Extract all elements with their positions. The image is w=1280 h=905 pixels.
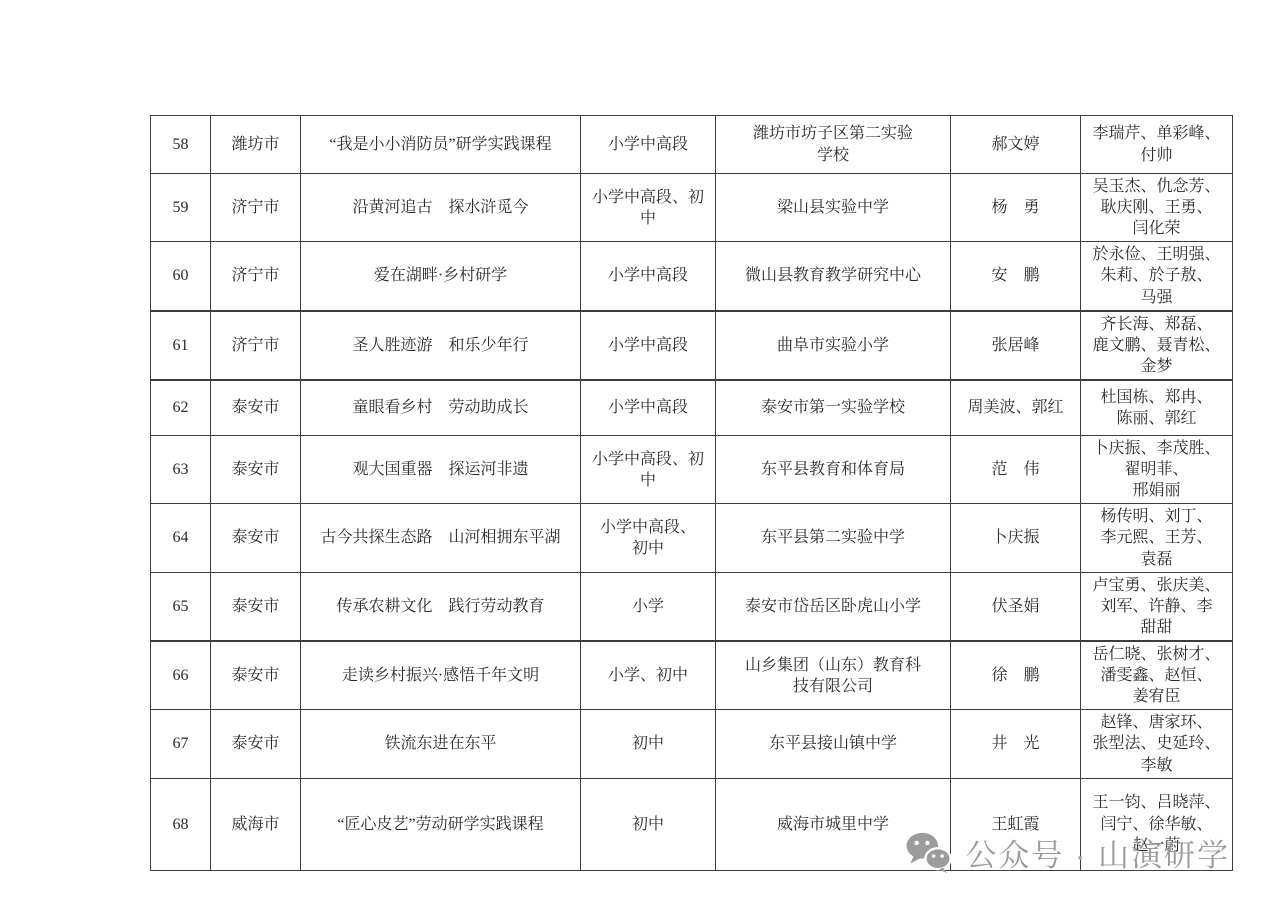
wechat-icon <box>905 831 951 873</box>
leader-cell: 安 鹏 <box>951 242 1081 311</box>
city-cell: 泰安市 <box>211 641 301 710</box>
serial-number-cell: 65 <box>151 572 211 641</box>
table-row: 62 泰安市 童眼看乡村 劳动助成长 小学中高段 泰安市第一实验学校 周美波、郭… <box>151 380 1233 436</box>
leader-cell: 徐 鹏 <box>951 641 1081 710</box>
team-members-cell: 杨传明、刘丁、 李元熙、王芳、 袁磊 <box>1081 504 1233 572</box>
city-cell: 泰安市 <box>211 380 301 436</box>
city-cell: 潍坊市 <box>211 116 301 174</box>
leader-cell: 伏圣娟 <box>951 572 1081 641</box>
serial-number-cell: 68 <box>151 778 211 870</box>
school-cell: 东平县教育和体育局 <box>716 435 951 503</box>
serial-number-cell: 58 <box>151 116 211 174</box>
serial-number-cell: 67 <box>151 710 211 778</box>
team-members-cell: 岳仁晓、张树才、 潘雯鑫、赵恒、 姜宥臣 <box>1081 641 1233 710</box>
city-cell: 济宁市 <box>211 242 301 311</box>
team-members-cell: 赵锋、唐家环、 张型法、史延玲、 李敏 <box>1081 710 1233 778</box>
course-name-cell: “匠心皮艺”劳动研学实践课程 <box>301 778 581 870</box>
grade-level-cell: 小学中高段、初 中 <box>581 435 716 503</box>
leader-cell: 杨 勇 <box>951 174 1081 242</box>
serial-number-cell: 59 <box>151 174 211 242</box>
school-cell: 潍坊市坊子区第二实验 学校 <box>716 116 951 174</box>
leader-cell: 张居峰 <box>951 311 1081 380</box>
serial-number-cell: 63 <box>151 435 211 503</box>
school-cell: 东平县接山镇中学 <box>716 710 951 778</box>
course-name-cell: 观大国重器 探运河非遗 <box>301 435 581 503</box>
scanned-document-page: 58 潍坊市 “我是小小消防员”研学实践课程 小学中高段 潍坊市坊子区第二实验 … <box>0 0 1280 905</box>
course-name-cell: 爱在湖畔·乡村研学 <box>301 242 581 311</box>
city-cell: 泰安市 <box>211 435 301 503</box>
course-name-cell: 圣人胜迹游 和乐少年行 <box>301 311 581 380</box>
course-name-cell: 古今共探生态路 山河相拥东平湖 <box>301 504 581 572</box>
grade-level-cell: 小学 <box>581 572 716 641</box>
school-cell: 曲阜市实验小学 <box>716 311 951 380</box>
city-cell: 济宁市 <box>211 311 301 380</box>
school-cell: 东平县第二实验中学 <box>716 504 951 572</box>
school-cell: 泰安市岱岳区卧虎山小学 <box>716 572 951 641</box>
course-name-cell: “我是小小消防员”研学实践课程 <box>301 116 581 174</box>
course-name-cell: 童眼看乡村 劳动助成长 <box>301 380 581 436</box>
table-row: 58 潍坊市 “我是小小消防员”研学实践课程 小学中高段 潍坊市坊子区第二实验 … <box>151 116 1233 174</box>
team-members-cell: 卢宝勇、张庆美、 刘军、许静、李 甜甜 <box>1081 572 1233 641</box>
team-members-cell: 杜国栋、郑冉、 陈丽、郭红 <box>1081 380 1233 436</box>
team-members-cell: 吴玉杰、仇念芳、 耿庆刚、王勇、 闫化荣 <box>1081 174 1233 242</box>
grade-level-cell: 初中 <box>581 778 716 870</box>
grade-level-cell: 小学中高段 <box>581 380 716 436</box>
grade-level-cell: 小学中高段 <box>581 242 716 311</box>
course-name-cell: 传承农耕文化 践行劳动教育 <box>301 572 581 641</box>
serial-number-cell: 66 <box>151 641 211 710</box>
leader-cell: 郝文婷 <box>951 116 1081 174</box>
team-members-cell: 齐长海、郑磊、 鹿文鹏、聂青松、 金梦 <box>1081 311 1233 380</box>
leader-cell: 卜庆振 <box>951 504 1081 572</box>
serial-number-cell: 64 <box>151 504 211 572</box>
table-row: 60 济宁市 爱在湖畔·乡村研学 小学中高段 微山县教育教学研究中心 安 鹏 於… <box>151 242 1233 311</box>
table-body: 58 潍坊市 “我是小小消防员”研学实践课程 小学中高段 潍坊市坊子区第二实验 … <box>151 116 1233 871</box>
table-row: 64 泰安市 古今共探生态路 山河相拥东平湖 小学中高段、 初中 东平县第二实验… <box>151 504 1233 572</box>
school-cell: 泰安市第一实验学校 <box>716 380 951 436</box>
grade-level-cell: 小学、初中 <box>581 641 716 710</box>
table-row: 65 泰安市 传承农耕文化 践行劳动教育 小学 泰安市岱岳区卧虎山小学 伏圣娟 … <box>151 572 1233 641</box>
grade-level-cell: 小学中高段 <box>581 311 716 380</box>
serial-number-cell: 60 <box>151 242 211 311</box>
grade-level-cell: 小学中高段 <box>581 116 716 174</box>
city-cell: 泰安市 <box>211 572 301 641</box>
table-row: 59 济宁市 沿黄河追古 探水浒觅今 小学中高段、初 中 梁山县实验中学 杨 勇… <box>151 174 1233 242</box>
leader-cell: 周美波、郭红 <box>951 380 1081 436</box>
grade-level-cell: 小学中高段、初 中 <box>581 174 716 242</box>
leader-cell: 井 光 <box>951 710 1081 778</box>
serial-number-cell: 62 <box>151 380 211 436</box>
leader-cell: 范 伟 <box>951 435 1081 503</box>
city-cell: 泰安市 <box>211 710 301 778</box>
grade-level-cell: 初中 <box>581 710 716 778</box>
wechat-account-label: 公众号 · 山演研学 <box>965 830 1230 875</box>
table-row: 67 泰安市 铁流东进在东平 初中 东平县接山镇中学 井 光 赵锋、唐家环、 张… <box>151 710 1233 778</box>
school-cell: 山乡集团（山东）教育科 技有限公司 <box>716 641 951 710</box>
course-name-cell: 走读乡村振兴·感悟千年文明 <box>301 641 581 710</box>
city-cell: 威海市 <box>211 778 301 870</box>
grade-level-cell: 小学中高段、 初中 <box>581 504 716 572</box>
research-course-award-table: 58 潍坊市 “我是小小消防员”研学实践课程 小学中高段 潍坊市坊子区第二实验 … <box>150 115 1233 871</box>
wechat-account-watermark: 公众号 · 山演研学 <box>905 826 1230 878</box>
serial-number-cell: 61 <box>151 311 211 380</box>
table-row: 66 泰安市 走读乡村振兴·感悟千年文明 小学、初中 山乡集团（山东）教育科 技… <box>151 641 1233 710</box>
city-cell: 泰安市 <box>211 504 301 572</box>
team-members-cell: 李瑞芹、单彩峰、 付帅 <box>1081 116 1233 174</box>
course-name-cell: 沿黄河追古 探水浒觅今 <box>301 174 581 242</box>
school-cell: 微山县教育教学研究中心 <box>716 242 951 311</box>
school-cell: 梁山县实验中学 <box>716 174 951 242</box>
team-members-cell: 卜庆振、李茂胜、 翟明菲、 邢娟丽 <box>1081 435 1233 503</box>
team-members-cell: 於永俭、王明强、 朱莉、於子敖、 马强 <box>1081 242 1233 311</box>
city-cell: 济宁市 <box>211 174 301 242</box>
table-row: 61 济宁市 圣人胜迹游 和乐少年行 小学中高段 曲阜市实验小学 张居峰 齐长海… <box>151 311 1233 380</box>
course-name-cell: 铁流东进在东平 <box>301 710 581 778</box>
table-row: 63 泰安市 观大国重器 探运河非遗 小学中高段、初 中 东平县教育和体育局 范… <box>151 435 1233 503</box>
